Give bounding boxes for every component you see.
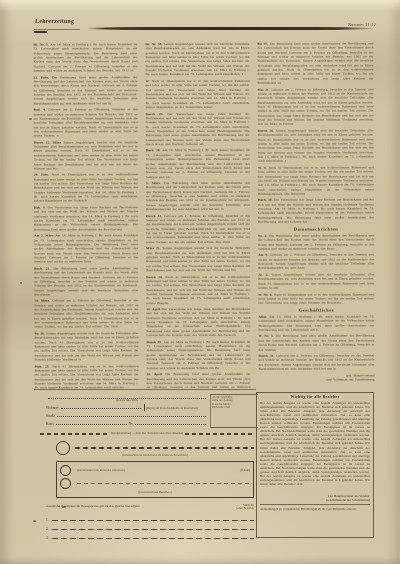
notice-signature: Der Hauptvorstand des Vereins, Geschäfts… bbox=[260, 494, 370, 502]
option-circle-icon bbox=[60, 465, 71, 476]
ink-speck bbox=[20, 282, 22, 284]
paragraph: Ju. 2. Seinen Angehörigen wendet sich di… bbox=[258, 272, 374, 290]
paragraph-lead: Mai 21. bbox=[258, 87, 272, 91]
order-form-address-block: (genaue Anschrift) Wohnort (Betrag auf P… bbox=[46, 392, 208, 426]
numbered-row-2: 2. bbox=[46, 522, 254, 531]
paragraph: Durch 31. Geboren am 2. Februar zu Offen… bbox=[258, 353, 374, 371]
column-signature-line: und Vollmacht der Schriftleitung bbox=[259, 377, 375, 382]
paragraph: Bad. 4. Geboren am 2. Februar zu Offenbu… bbox=[34, 107, 138, 138]
paragraph-lead: Hch. 9. bbox=[34, 206, 47, 210]
paragraph-lead: Ju. 2. bbox=[258, 273, 271, 277]
footnote-stack-line: jeden Bezieher bbox=[237, 507, 254, 510]
paragraph: W. Nr. 8. Nach 41 Dienstjahren trat er i… bbox=[258, 292, 374, 305]
paragraph-lead: Br. 18. bbox=[34, 332, 46, 336]
paragraph: Durch 26. Seinen Angehörigen wendet sich… bbox=[258, 128, 374, 163]
footnote-row: Anzahl der Exemplare für Bezugspreise gi… bbox=[46, 504, 254, 511]
paragraph-lead: Am 9. bbox=[258, 253, 270, 257]
mark-circle-row: (Gewünschtes ist durch Kreuz im Kreise z… bbox=[56, 441, 254, 457]
paragraph: 12. April Der Verstorbene war lange Jahr… bbox=[146, 307, 250, 338]
paragraph: Dr. Nr. 38. Seinen Angehörigen wendet si… bbox=[145, 42, 249, 77]
price-strip: An die Geschäfts- stelle der Zeitung Pos… bbox=[210, 394, 258, 428]
paragraph-lead: Bad. 4. bbox=[34, 108, 49, 112]
row-dashed-line bbox=[52, 538, 254, 539]
paragraph: Buch. 30. Der Verstorbene war lange Jahr… bbox=[258, 198, 374, 224]
paragraph: Hch. 9. Der Verstorbene war lange Jahre … bbox=[34, 205, 138, 231]
paragraph: Mch. 25. Nach 41 Dienstjahren trat er in… bbox=[35, 364, 139, 389]
paragraph-lead: Buch. 21. bbox=[34, 266, 53, 270]
kreis-dotted-line-b bbox=[135, 420, 206, 425]
box-right-caption: (Datum) bbox=[240, 469, 250, 472]
footnote-stack: Stück für jeden Bezieher bbox=[237, 504, 254, 511]
paragraph-lead: 5. März. bbox=[146, 181, 164, 185]
paragraph-lead: Buch. 28. bbox=[146, 149, 162, 153]
paragraph: W. Nr. 5. Die Beisetzung fand unter groß… bbox=[258, 334, 374, 352]
numbered-row-1: 1. bbox=[46, 513, 254, 522]
paragraph-lead: Durch 24. bbox=[146, 275, 165, 279]
masthead-title: Lehrerzeitung bbox=[35, 19, 75, 25]
header-rule-left bbox=[34, 29, 80, 30]
paragraph-lead: März 21. bbox=[146, 246, 162, 250]
option-row-1: (Zutreffendes bitte im Kreise ankreuzen)… bbox=[60, 464, 250, 477]
section-heading: Dienstnachrichten bbox=[258, 227, 374, 232]
paragraph-lead: Durch 31. bbox=[258, 354, 276, 358]
paragraph-lead: Durch 23. bbox=[146, 112, 168, 116]
paragraph-lead: Buch. 30. bbox=[258, 198, 274, 202]
subscriber-notice-box: Wichtig für alle Bezieher Bei der letzte… bbox=[256, 392, 374, 538]
option-row-2-dash bbox=[77, 483, 250, 484]
cut-off-line: Bezugsbestellung — bitte hier abtrennen … bbox=[40, 431, 254, 437]
paragraph-lead: 12. April bbox=[146, 307, 161, 311]
paragraph: 26. April Die Beisetzung fand unter groß… bbox=[147, 372, 251, 388]
paragraph: 26. Febr. Nach 41 Dienstjahren trat er i… bbox=[34, 173, 138, 204]
paragraph: Durch 31. Geboren am 2. Februar zu Offen… bbox=[146, 213, 250, 244]
bracket-bar bbox=[144, 404, 145, 411]
mark-circle-dash bbox=[75, 447, 254, 448]
section-heading: Geschäftliches bbox=[258, 308, 374, 313]
paragraph: Durch 29. Am 14. März in Freiburg i. Br.… bbox=[146, 340, 250, 371]
footnote-text: Anzahl der Exemplare für Bezugspreise gi… bbox=[46, 504, 140, 508]
wohnort-note: (Betrag auf Postscheckkonto zu überweise… bbox=[146, 407, 208, 410]
header-rule bbox=[86, 27, 374, 30]
paragraph: Buch. 21. Die Beisetzung fand unter groß… bbox=[34, 266, 138, 297]
paragraph-lead: Mch. 25. bbox=[35, 364, 53, 368]
option-row-1-mid: (Zutreffendes bitte im Kreise ankreuzen)… bbox=[77, 469, 250, 472]
paragraph-lead: W. bbox=[146, 79, 152, 83]
ink-speck bbox=[29, 118, 32, 120]
masthead-underline bbox=[34, 31, 47, 33]
paragraph: Am 9. Geboren am 2. Februar zu Offenburg… bbox=[258, 253, 374, 271]
mark-circle-icon bbox=[56, 441, 70, 455]
row-dashed-line bbox=[52, 520, 254, 521]
form-top-rule bbox=[34, 389, 256, 390]
ink-speck bbox=[33, 520, 36, 522]
notice-rule bbox=[260, 504, 370, 505]
strasse-line: Straße bbox=[46, 410, 208, 418]
paragraph: Durch 24. Nach 41 Dienstjahren trat er i… bbox=[146, 274, 250, 305]
paragraph: Buch. 28. Am 14. März in Freiburg i. Br.… bbox=[146, 148, 250, 179]
numbered-rows: 1. 2. 3. bbox=[46, 513, 254, 540]
column-2: Dr. Nr. 38. Seinen Angehörigen wendet si… bbox=[145, 42, 250, 388]
paragraph: W. Nach 41 Dienstjahren trat er in den w… bbox=[146, 79, 250, 110]
paragraph-lead: Hr. Nr. 5. bbox=[33, 43, 50, 47]
cut-line-label: Bezugsbestellung — bitte hier abtrennen … bbox=[109, 432, 185, 435]
paragraph-lead: 26. April bbox=[147, 372, 166, 376]
mark-circle-line bbox=[56, 441, 254, 455]
strasse-dotted-line bbox=[57, 412, 206, 417]
paragraph: Nr. 2. Die Beisetzung fand unter großer … bbox=[258, 233, 374, 251]
option-circle-icon bbox=[60, 478, 71, 489]
numbered-row-3: 3. bbox=[46, 531, 254, 540]
paragraph: Durch 12. März Seinen Angehörigen wendet… bbox=[34, 140, 138, 171]
ink-speck bbox=[62, 506, 66, 508]
kreis-line: Kreis Nr. bbox=[46, 418, 208, 426]
text-columns: Hr. Nr. 5. Am 14. März in Freiburg i. Br… bbox=[33, 41, 374, 388]
notice-signature-line: Geschäftsstelle der Schriftleitung bbox=[260, 498, 370, 502]
paragraph-lead: W. 9. bbox=[258, 166, 269, 170]
order-option-box: (Zutreffendes bitte im Kreise ankreuzen)… bbox=[56, 461, 254, 498]
paragraph-lead: 14. März. bbox=[34, 299, 52, 303]
paragraph-lead: Durch 29. bbox=[146, 340, 163, 344]
strip-line: Karlsruhe 1742 bbox=[212, 406, 257, 409]
column-3: Bis 97. Die Beisetzung fand unter großer… bbox=[257, 41, 374, 387]
paragraph-lead: Nr. 2. bbox=[258, 234, 269, 238]
strasse-label: Straße bbox=[46, 414, 55, 418]
paragraph: Mai 21. Geboren am 2. Februar zu Offenbu… bbox=[258, 87, 374, 126]
kreis-dotted-line-a bbox=[56, 420, 127, 425]
paragraph-lead: Allen bbox=[258, 315, 269, 319]
wohnort-label: Wohnort bbox=[46, 406, 59, 410]
paragraph: Am 2. März Am 14. März in Freiburg i. Br… bbox=[34, 233, 138, 264]
paragraph-lead: Durch 31. bbox=[146, 214, 164, 218]
paragraph: Hr. Nr. 5. Am 14. März in Freiburg i. Br… bbox=[33, 42, 137, 73]
column-signature: gez. Hauptvorstandund Vollmacht der Schr… bbox=[259, 373, 375, 382]
paragraph: 23. Febr. Die Beisetzung fand unter groß… bbox=[34, 75, 138, 106]
paragraph: Br. 18. Seinen Angehörigen wendet sich d… bbox=[34, 331, 138, 362]
paragraph: März 21. Seinen Angehörigen wendet sich … bbox=[146, 246, 250, 272]
paragraph-lead: Durch 12. März bbox=[34, 140, 64, 144]
option-row-2 bbox=[60, 477, 250, 490]
kreis-label: Kreis bbox=[46, 422, 54, 426]
kreis-mid-label: Nr. bbox=[129, 422, 134, 426]
paragraph-lead: 23. Febr. bbox=[34, 75, 53, 79]
row-dashed-line bbox=[52, 529, 254, 530]
paragraph: 14. März. Geboren am 2. Februar zu Offen… bbox=[34, 299, 138, 330]
paragraph-lead: Dr. Nr. 38. bbox=[145, 42, 163, 46]
paragraph: Bis 97. Die Beisetzung fand unter großer… bbox=[257, 41, 373, 85]
paragraph-lead: Bis 97. bbox=[257, 42, 269, 46]
paragraph-lead: Durch 26. bbox=[258, 129, 276, 133]
signature-caption: (Unterschrift des Bestellers) bbox=[60, 491, 250, 494]
wohnort-dotted-line bbox=[61, 404, 142, 409]
notice-footnote: Anmerkungen zu vorstehenden Mitteilungen… bbox=[260, 507, 370, 511]
paragraph-lead: 26. Febr. bbox=[34, 173, 52, 177]
paragraph: W. 9. Nach 41 Dienstjahren trat er in de… bbox=[258, 165, 374, 196]
mark-circle-caption: (Gewünschtes ist durch Kreuz im Kreise z… bbox=[56, 454, 254, 457]
scanned-newspaper-page: Lehrerzeitung Nummer 21/22 Hr. Nr. 5. Am… bbox=[0, 0, 400, 564]
paragraph: 5. März. Die Beisetzung fand unter große… bbox=[146, 181, 250, 212]
paragraph-lead: Am 2. März bbox=[34, 234, 55, 238]
notice-body-text: Bei der letzten Ausgabe ist wieder eine … bbox=[260, 401, 370, 493]
cut-dash-left bbox=[40, 433, 109, 434]
paragraph: Durch 23. Der Verstorbene war lange Jahr… bbox=[146, 111, 250, 146]
cut-dash-right bbox=[185, 433, 254, 434]
paragraph-lead: W. Nr. 8. bbox=[258, 292, 274, 296]
wohnort-line: Wohnort (Betrag auf Postscheckkonto zu ü… bbox=[46, 402, 208, 410]
box-center-caption: (Zutreffendes bitte im Kreise ankreuzen) bbox=[77, 469, 125, 472]
column-1: Hr. Nr. 5. Am 14. März in Freiburg i. Br… bbox=[33, 42, 138, 388]
paragraph: Allen Am 14. März in Freiburg i. Br. nac… bbox=[258, 314, 374, 332]
paragraph-lead: W. Nr. 5. bbox=[258, 334, 275, 338]
name-caption: (genaue Anschrift) bbox=[46, 399, 208, 402]
issue-number: Nummer 21/22 bbox=[348, 22, 376, 27]
notice-title: Wichtig für alle Bezieher bbox=[260, 395, 370, 399]
